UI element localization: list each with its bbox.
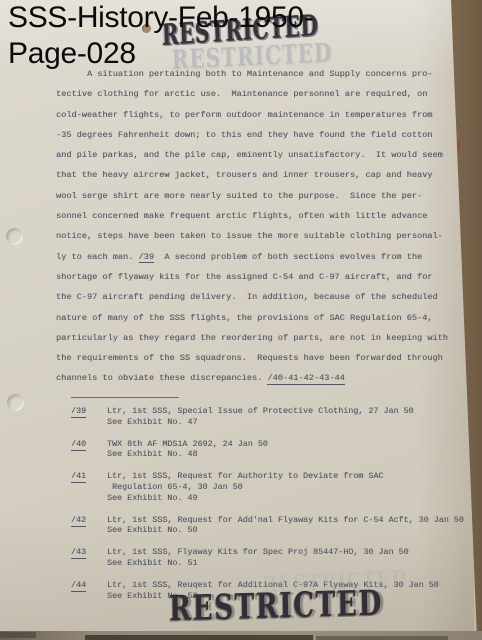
footnote-item: /39Ltr, 1st SSS, Special Issue of Protec… [71,406,475,428]
paragraph-line: wool serge shirt are more nearly suited … [56,186,458,206]
footnote-text: Ltr, 1st SSS, Request for Add'nal Flyawa… [107,515,475,537]
footnote-separator [71,397,179,398]
footnote-reference: /40-41-42-43-44 [267,373,344,385]
footnote-marker: /44 [71,580,97,592]
paragraph-line: tective clothing for arctic use. Mainten… [56,84,458,104]
scan-edge-streak [316,636,448,640]
paragraph-line: -35 degrees Fahrenheit down; to this end… [56,125,458,145]
paragraph-line: particularly as they regard the reorderi… [56,328,458,348]
footnote-marker: /43 [71,547,97,559]
page-label-line1: SSS-History-Feb-1950- [8,0,313,36]
paragraph-line: that the heavy aircrew jacket, trousers … [56,165,458,185]
paragraph-line: nature of many of the SSS flights, the p… [56,308,458,328]
footnote-text: TWX 8th AF MDS1A 2692, 24 Jan 50See Exhi… [107,439,475,461]
document-page: RESTRICTED RESTRICTED A situation pertai… [0,0,482,640]
footnote-marker: /41 [71,471,97,483]
body-paragraph: A situation pertaining both to Maintenan… [56,64,458,389]
footnote-text: Ltr, 1st SSS, Request for Authority to D… [107,471,475,503]
paragraph-line: sonnel concerned make frequent arctic fl… [56,206,458,226]
footnote-text: Ltr, 1st SSS, Special Issue of Protectiv… [107,406,475,428]
paragraph-line: cold-weather flights, to perform outdoor… [56,105,458,125]
page-label-overlay: SSS-History-Feb-1950- Page-028 [8,0,313,72]
footnote-marker: /40 [71,439,97,451]
paragraph-line: shortage of flyaway kits for the assigne… [56,267,458,287]
paragraph-line: the requirements of the SS squadrons. Re… [56,348,458,368]
paragraph-line: and pile parkas, and the pile cap, emine… [56,145,458,165]
paragraph-line: ly to each man. /39 A second problem of … [56,247,458,267]
page-label-line2: Page-028 [8,36,313,72]
paragraph-line: the C-97 aircraft pending delivery. In a… [56,287,458,307]
paragraph-line: notice, steps have been taken to issue t… [56,226,458,246]
footnote-reference: /39 [139,252,154,264]
footnote-item: /40TWX 8th AF MDS1A 2692, 24 Jan 50See E… [71,439,475,461]
footnote-item: /41Ltr, 1st SSS, Request for Authority t… [71,471,475,503]
footnote-item: /42Ltr, 1st SSS, Request for Add'nal Fly… [71,515,475,537]
scan-edge-streak [0,632,36,638]
restricted-stamp-bottom: RESTRICTED [162,584,390,630]
paragraph-line: channels to obviate these discrepancies.… [56,368,458,388]
scan-edge-streak [85,635,313,640]
footnote-marker: /42 [71,515,97,527]
footnote-marker: /39 [71,406,97,418]
punch-hole-left-lower [7,394,24,411]
punch-hole-left-upper [6,228,23,245]
